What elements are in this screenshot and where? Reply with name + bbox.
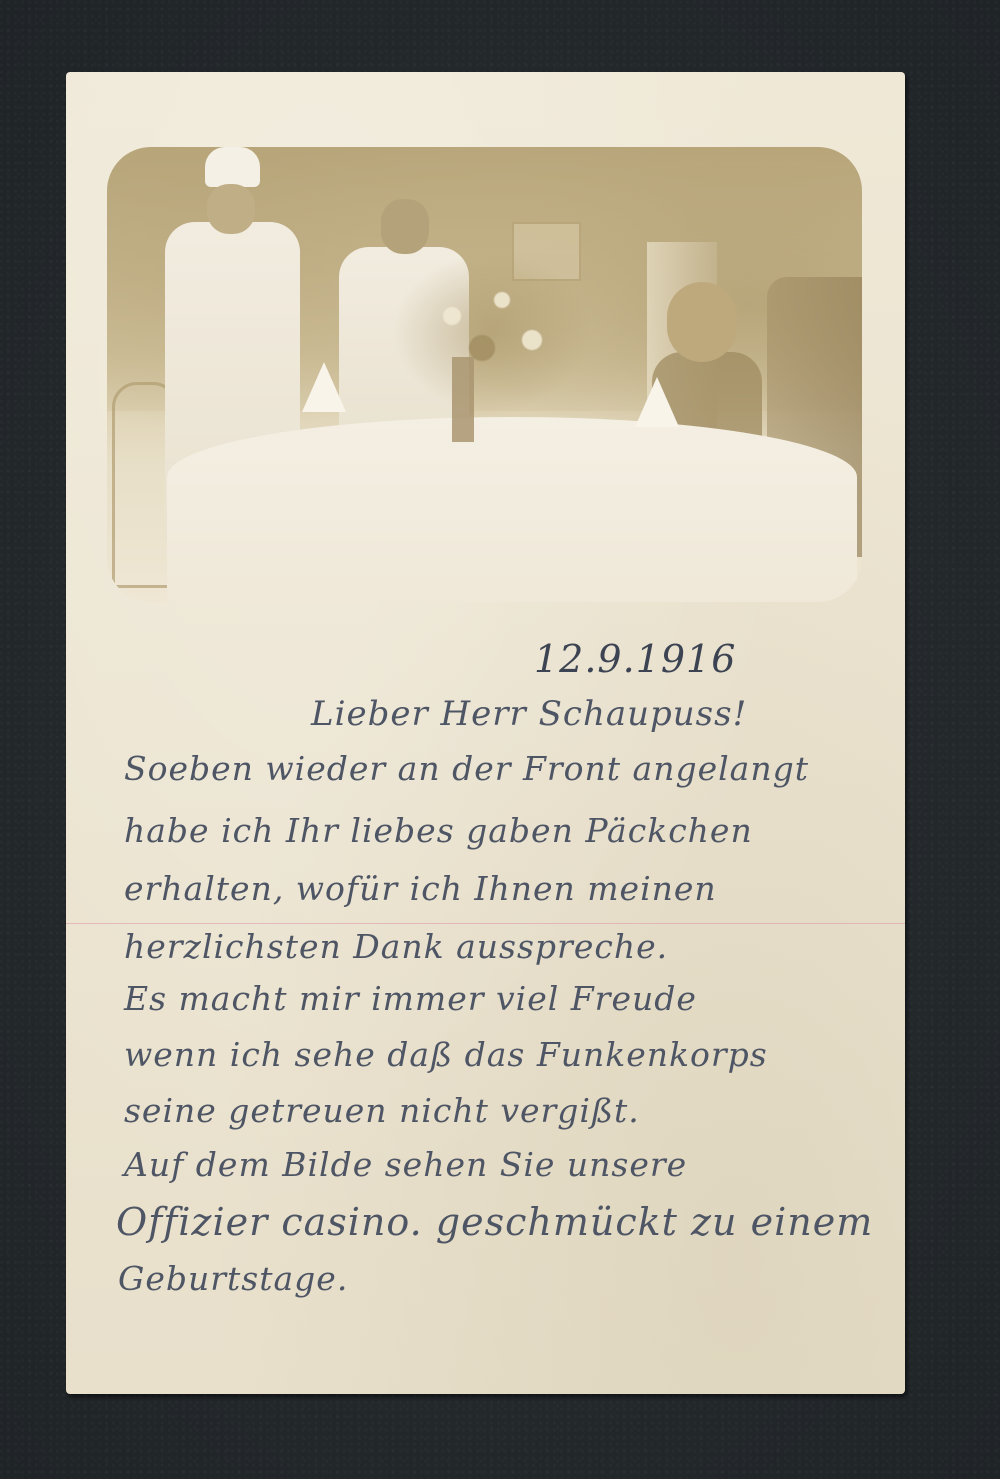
letter-line: Geburtstage. xyxy=(118,1262,348,1295)
postcard: 12.9.1916 Lieber Herr Schaupuss! Soeben … xyxy=(66,72,905,1394)
seated-officer-head xyxy=(667,282,737,362)
letter-line: erhalten, wofür ich Ihnen meinen xyxy=(124,872,717,905)
folded-napkin xyxy=(302,362,346,412)
letter-date: 12.9.1916 xyxy=(534,640,736,678)
flower-bouquet xyxy=(392,252,592,412)
vase xyxy=(452,357,474,442)
letter-line: Offizier casino. geschmückt zu einem xyxy=(116,1203,873,1241)
folded-napkin xyxy=(635,377,679,427)
dining-table xyxy=(167,417,857,602)
letter-line: Soeben wieder an der Front angelangt xyxy=(124,752,809,785)
letter-line: habe ich Ihr liebes gaben Päckchen xyxy=(124,814,753,847)
letter-greeting: Lieber Herr Schaupuss! xyxy=(311,697,747,731)
letter-line: wenn ich sehe daß das Funkenkorps xyxy=(124,1038,768,1071)
letter-line: Es macht mir immer viel Freude xyxy=(124,982,697,1015)
sepia-photograph xyxy=(107,147,862,602)
ruled-line xyxy=(66,923,905,924)
letter-line: seine getreuen nicht vergißt. xyxy=(124,1094,640,1127)
letter-line: herzlichsten Dank ausspreche. xyxy=(124,930,668,963)
letter-line: Auf dem Bilde sehen Sie unsere xyxy=(124,1148,687,1181)
